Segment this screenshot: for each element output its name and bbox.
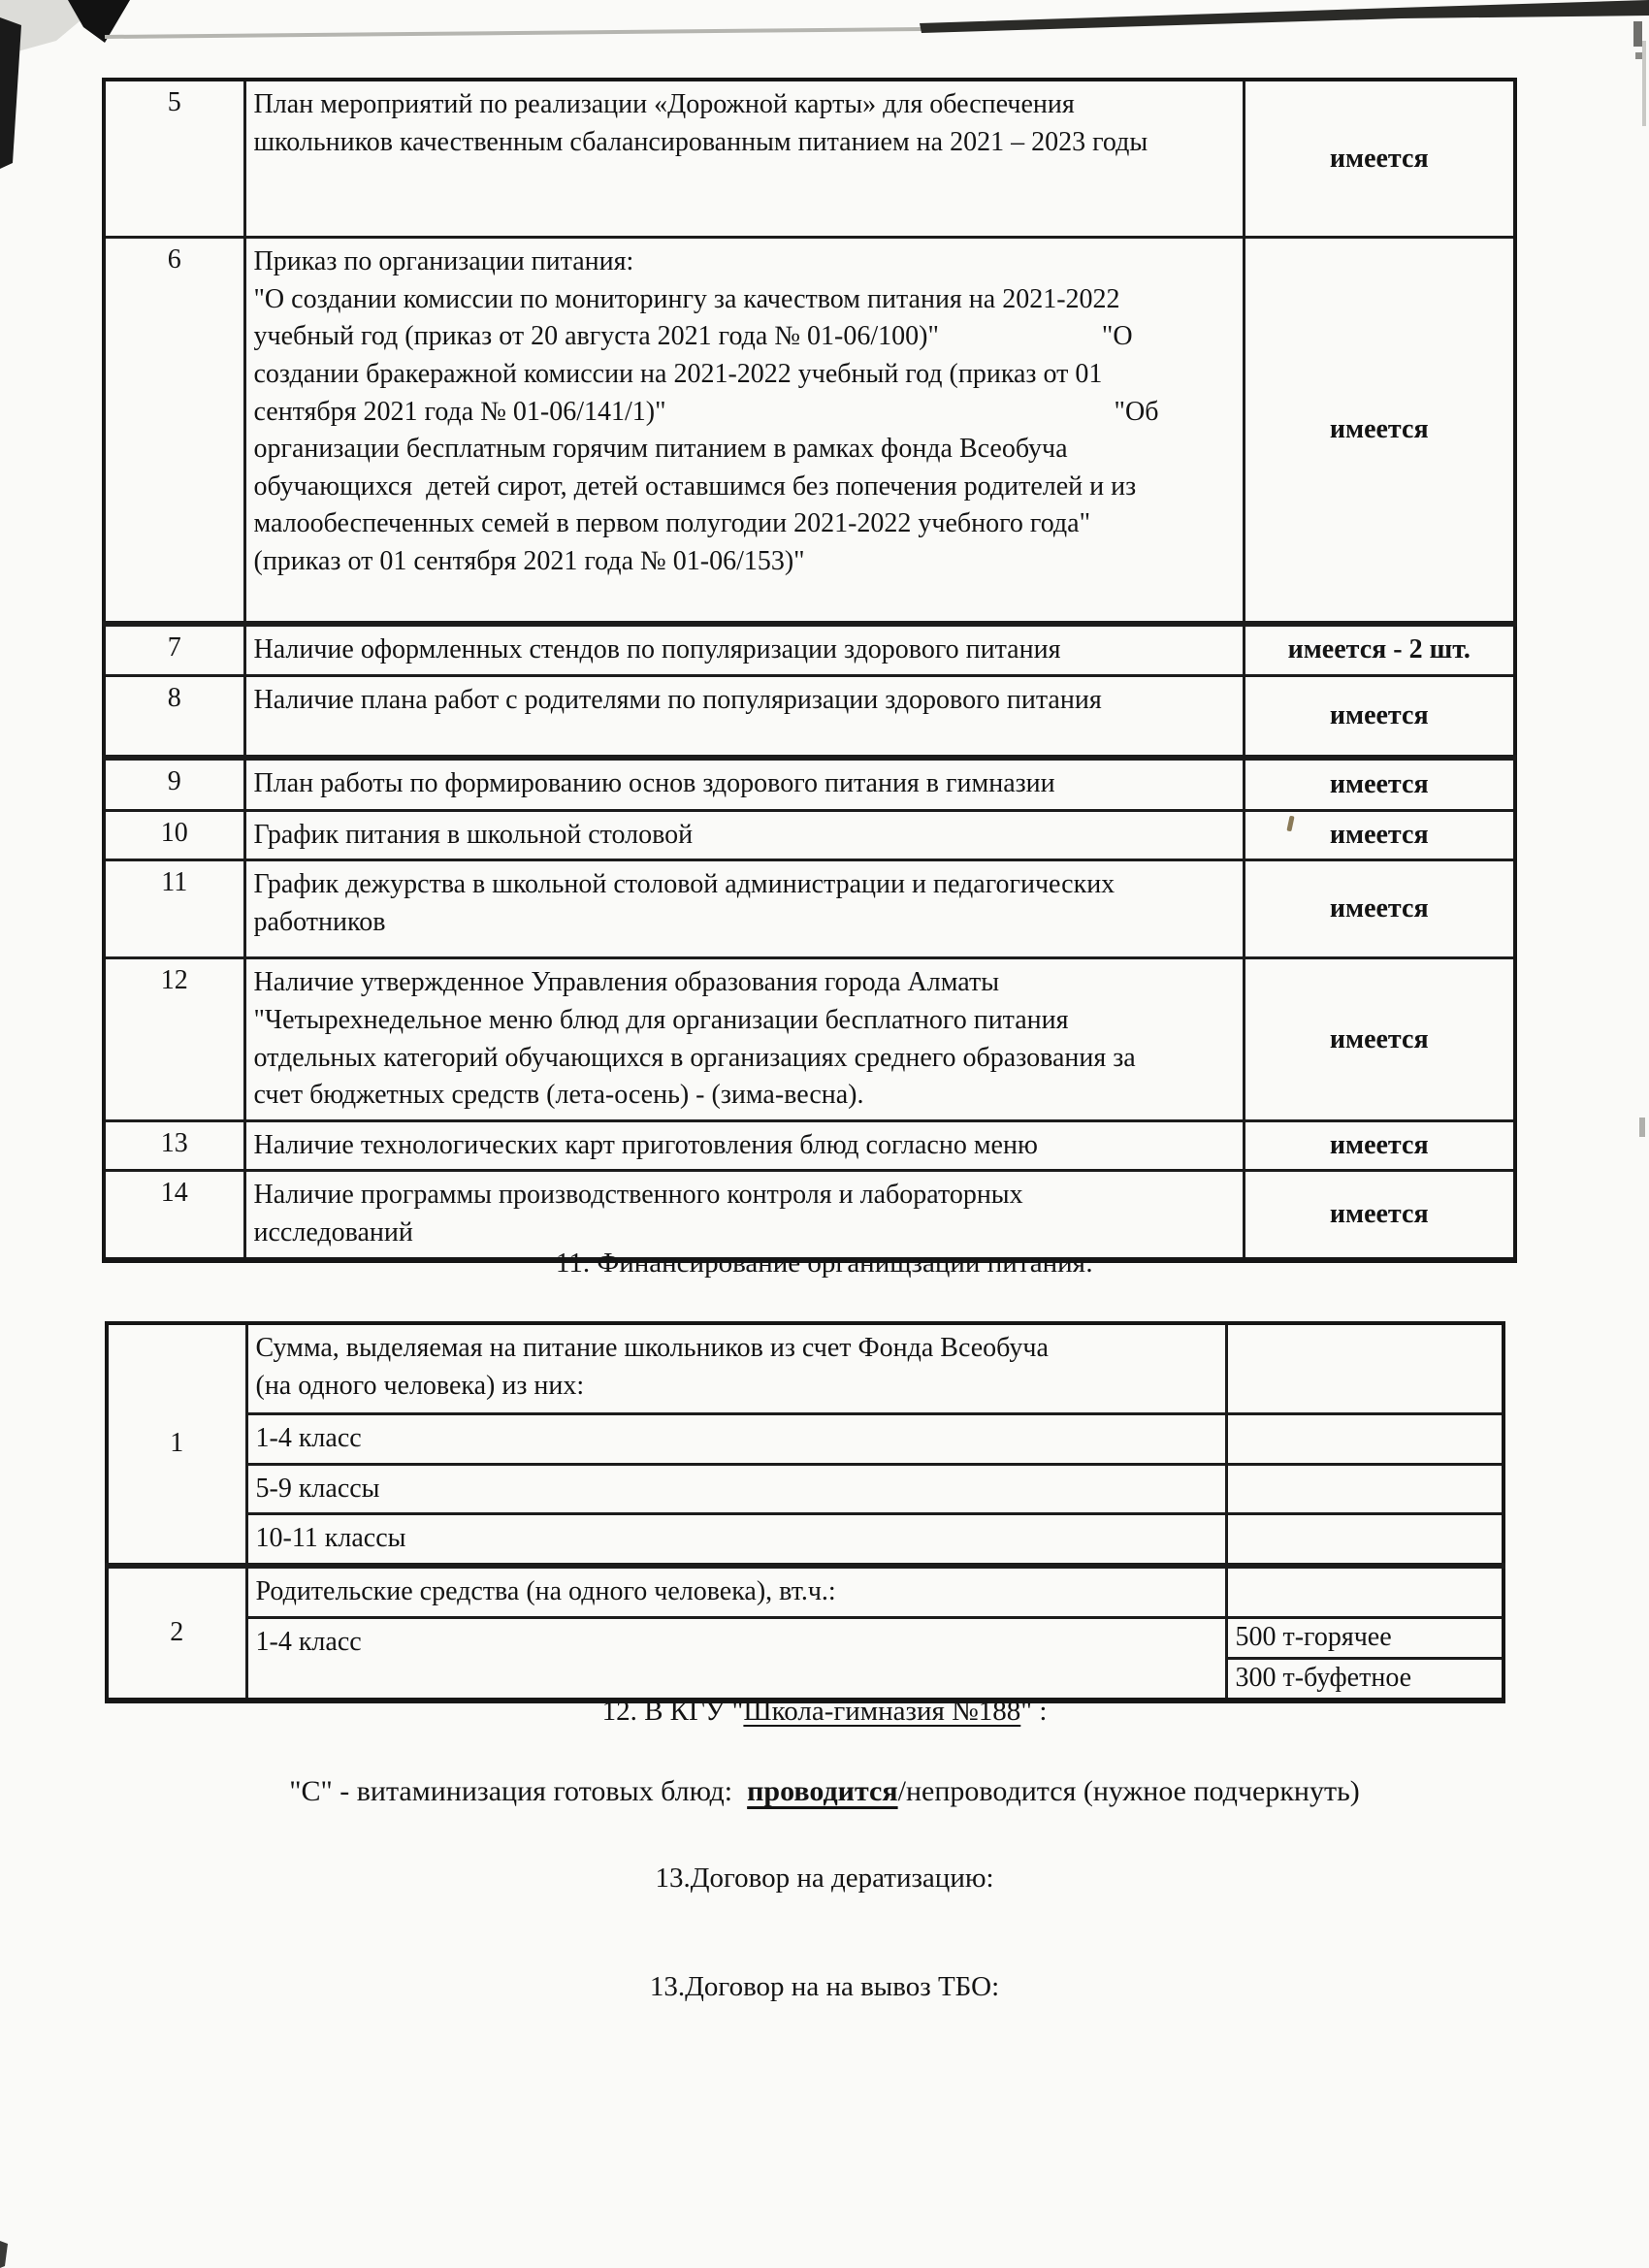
row-label: 5-9 классы: [246, 1464, 1226, 1514]
row-description: Приказ по организации питания: "О создан…: [244, 238, 1244, 625]
row-number: 7: [104, 624, 244, 675]
value-cell: [1226, 1414, 1503, 1465]
section-13b-heading: 13.Договор на на вывоз ТБО:: [0, 1971, 1649, 2003]
row-number: 9: [104, 758, 244, 811]
value-cell: [1226, 1566, 1503, 1617]
vitamin-rest: непроводится (нужное подчеркнуть): [906, 1775, 1360, 1807]
status-value: имеется: [1244, 758, 1515, 811]
row-description: Наличие технологических карт приготовлен…: [244, 1120, 1244, 1171]
status-value: имеется: [1244, 810, 1515, 860]
row-description: Наличие плана работ с родителями по попу…: [244, 675, 1244, 758]
page-edge-line: [105, 29, 921, 37]
value-cell: 300 т-буфетное: [1226, 1658, 1503, 1701]
row-number: 12: [104, 958, 244, 1121]
vitamin-choice-underlined: проводится: [747, 1775, 897, 1807]
table-row: 1-4 класс: [107, 1414, 1503, 1465]
table-row: 12 Наличие утвержденное Управления образ…: [104, 958, 1515, 1121]
heading-suffix: " :: [1020, 1696, 1047, 1727]
status-value: имеется - 2 шт.: [1244, 624, 1515, 675]
table-row: 9 План работы по формированию основ здор…: [104, 758, 1515, 811]
group-number: 1: [107, 1323, 246, 1566]
table-row: 11 График дежурства в школьной столовой …: [104, 860, 1515, 958]
value-cell: [1226, 1464, 1503, 1514]
corner-wedge: [68, 0, 130, 43]
vitamin-slash: /: [898, 1775, 906, 1807]
table-row: 5 План мероприятий по реализации «Дорожн…: [104, 80, 1515, 238]
right-edge-line: [1642, 41, 1646, 126]
group-number: 2: [107, 1566, 246, 1701]
corner-shade: [0, 0, 105, 56]
table-row: 5-9 классы: [107, 1464, 1503, 1514]
scan-speck: [1286, 815, 1294, 831]
row-description: Наличие утвержденное Управления образова…: [244, 958, 1244, 1121]
school-name-underlined: Школа-гимназия №188: [743, 1696, 1020, 1727]
table-row: 10-11 классы: [107, 1514, 1503, 1566]
value-cell: [1226, 1323, 1503, 1414]
right-edge-tick: [1633, 21, 1642, 47]
vitaminization-line: "С" - витаминизация готовых блюд: провод…: [0, 1775, 1649, 1808]
row-description: График дежурства в школьной столовой адм…: [244, 860, 1244, 958]
status-value: имеется: [1244, 1120, 1515, 1171]
group-header: Родительские средства (на одного человек…: [246, 1566, 1226, 1617]
value-cell: 500 т-горячее: [1226, 1617, 1503, 1658]
value-cell: [1226, 1514, 1503, 1566]
row-description: График питания в школьной столовой: [244, 810, 1244, 860]
scanned-document-page: 5 План мероприятий по реализации «Дорожн…: [0, 0, 1649, 2268]
heading-prefix: 12. В КГУ ": [602, 1696, 744, 1727]
row-label: 1-4 класс: [246, 1617, 1226, 1701]
table-row: 13 Наличие технологических карт приготов…: [104, 1120, 1515, 1171]
section-11-heading: 11. Финансирование органищзации питания:: [0, 1247, 1649, 1280]
group-header: Сумма, выделяемая на питание школьников …: [246, 1323, 1226, 1414]
row-description: План работы по формированию основ здоров…: [244, 758, 1244, 811]
row-description: План мероприятий по реализации «Дорожной…: [244, 80, 1244, 238]
status-value: имеется: [1244, 958, 1515, 1121]
row-number: 11: [104, 860, 244, 958]
top-edge-band: [920, 0, 1649, 33]
financing-table: 1 Сумма, выделяемая на питание школьнико…: [105, 1321, 1505, 1703]
status-value: имеется: [1244, 1171, 1515, 1260]
row-number: 13: [104, 1120, 244, 1171]
row-label: 10-11 классы: [246, 1514, 1226, 1566]
table-row: 2 Родительские средства (на одного челов…: [107, 1566, 1503, 1617]
table-row: 14 Наличие программы производственного к…: [104, 1171, 1515, 1260]
checklist-table: 5 План мероприятий по реализации «Дорожн…: [102, 78, 1517, 1263]
left-edge-strip: [0, 17, 21, 169]
table-row: 8 Наличие плана работ с родителями по по…: [104, 675, 1515, 758]
section-13a-heading: 13.Договор на дератизацию:: [0, 1863, 1649, 1895]
status-value: имеется: [1244, 80, 1515, 238]
row-number: 6: [104, 238, 244, 625]
table-row: 7 Наличие оформленных стендов по популяр…: [104, 624, 1515, 675]
row-number: 8: [104, 675, 244, 758]
status-value: имеется: [1244, 675, 1515, 758]
section-12-heading: 12. В КГУ "Школа-гимназия №188" :: [0, 1696, 1649, 1728]
row-label: 1-4 класс: [246, 1414, 1226, 1465]
vitamin-prefix: "С" - витаминизация готовых блюд:: [289, 1775, 747, 1807]
row-number: 5: [104, 80, 244, 238]
table-row: 6 Приказ по организации питания: "О созд…: [104, 238, 1515, 625]
status-value: имеется: [1244, 860, 1515, 958]
table-row: 1 Сумма, выделяемая на питание школьнико…: [107, 1323, 1503, 1414]
table-row: 1-4 класс 500 т-горячее: [107, 1617, 1503, 1658]
table-row: 10 График питания в школьной столовой им…: [104, 810, 1515, 860]
row-description: Наличие программы производственного конт…: [244, 1171, 1244, 1260]
status-value: имеется: [1244, 238, 1515, 625]
right-edge-dash: [1635, 52, 1644, 59]
row-number: 14: [104, 1171, 244, 1260]
row-number: 10: [104, 810, 244, 860]
bottom-left-tick: [0, 2241, 8, 2268]
row-description: Наличие оформленных стендов по популяриз…: [244, 624, 1244, 675]
right-mid-dash: [1639, 1118, 1645, 1137]
